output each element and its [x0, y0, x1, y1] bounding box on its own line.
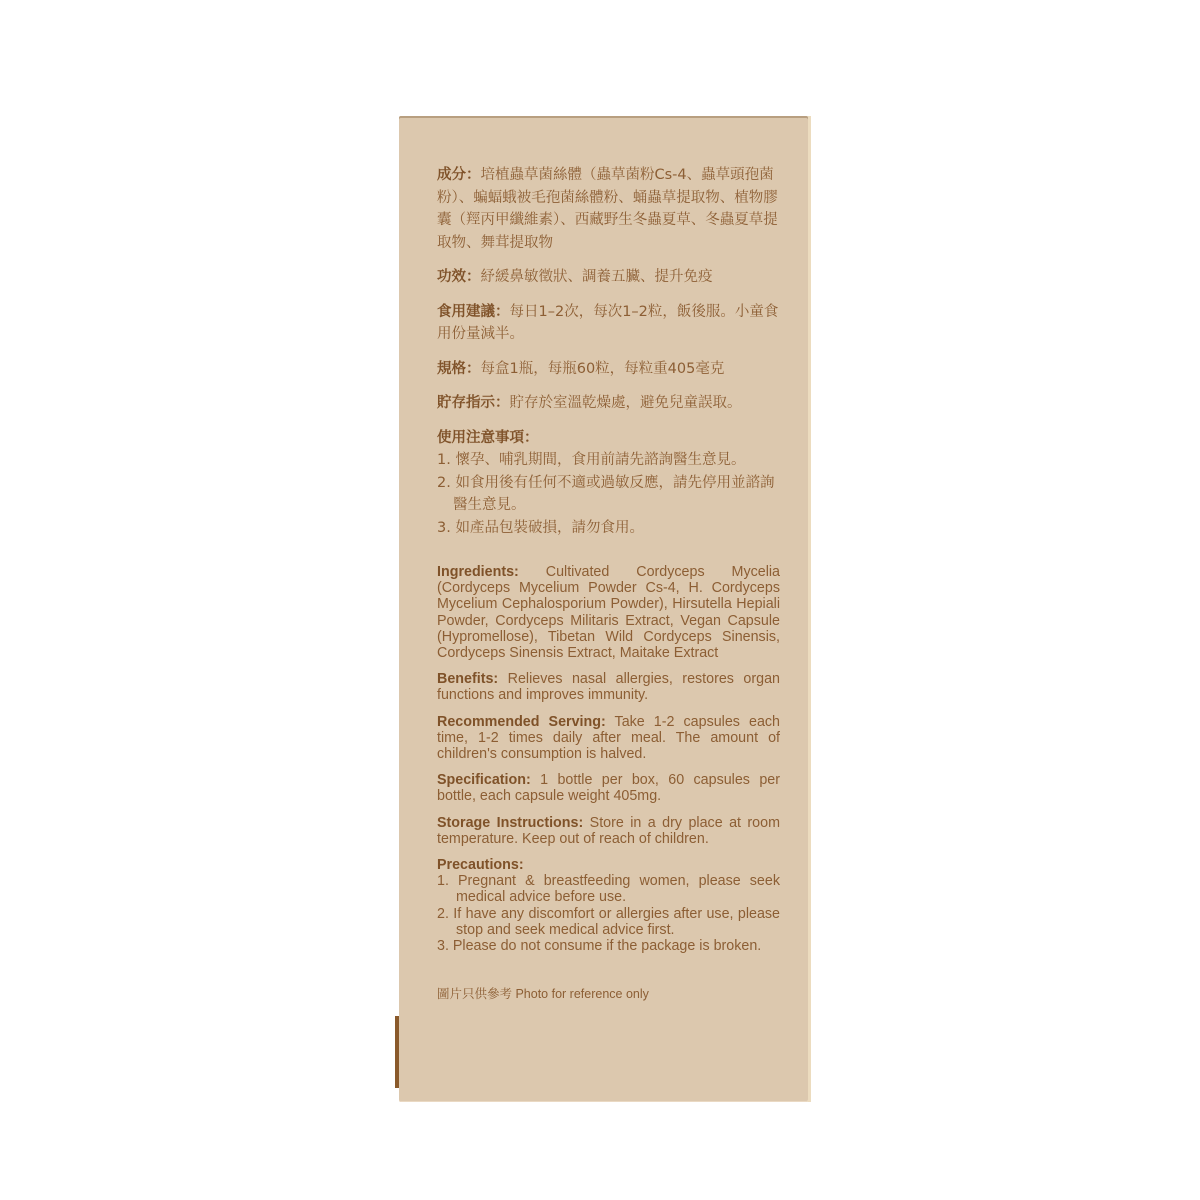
zh-benefits-label: 功效： [437, 269, 481, 285]
label-content: 成分：培植蟲草菌絲體（蟲草菌粉Cs-4、蟲草頭孢菌粉）、蝙蝠蛾被毛孢菌絲體粉、蛹… [437, 164, 780, 1002]
en-ingredients: Ingredients: Cultivated Cordyceps Myceli… [437, 564, 780, 661]
english-section: Ingredients: Cultivated Cordyceps Myceli… [437, 564, 780, 954]
zh-precautions-label: 使用注意事項： [437, 430, 539, 446]
zh-spec-label: 規格： [437, 361, 481, 377]
en-precaution-item: 2. If have any discomfort or allergies a… [437, 906, 780, 938]
en-storage: Storage Instructions: Store in a dry pla… [437, 815, 780, 847]
zh-ingredients-text: 培植蟲草菌絲體（蟲草菌粉Cs-4、蟲草頭孢菌粉）、蝙蝠蛾被毛孢菌絲體粉、蛹蟲草提… [437, 167, 778, 251]
zh-benefits: 功效：紓緩鼻敏徵狀、調養五臟、提升免疫 [437, 266, 780, 289]
en-precaution-item: 1. Pregnant & breastfeeding women, pleas… [437, 873, 780, 905]
zh-precaution-item: 3. 如產品包裝破損，請勿食用。 [437, 517, 780, 540]
en-specification: Specification: 1 bottle per box, 60 caps… [437, 772, 780, 804]
en-spec-label: Specification: [437, 772, 531, 788]
zh-specification: 規格：每盒1瓶，每瓶60粒，每粒重405毫克 [437, 358, 780, 381]
en-precautions-label: Precautions: [437, 857, 524, 873]
en-precautions: Precautions: 1. Pregnant & breastfeeding… [437, 857, 780, 954]
product-box-back-panel: 成分：培植蟲草菌絲體（蟲草菌粉Cs-4、蟲草頭孢菌粉）、蝙蝠蛾被毛孢菌絲體粉、蛹… [399, 116, 808, 1102]
en-serving: Recommended Serving: Take 1-2 capsules e… [437, 714, 780, 763]
en-precaution-item: 3. Please do not consume if the package … [437, 938, 780, 954]
zh-storage-label: 貯存指示： [437, 395, 510, 411]
en-serving-label: Recommended Serving: [437, 714, 606, 730]
zh-spec-text: 每盒1瓶，每瓶60粒，每粒重405毫克 [481, 361, 725, 377]
zh-precaution-item: 2. 如食用後有任何不適或過敏反應，請先停用並諮詢醫生意見。 [437, 472, 780, 517]
zh-serving: 食用建議：每日1–2次，每次1–2粒，飯後服。小童食用份量減半。 [437, 301, 780, 346]
en-storage-label: Storage Instructions: [437, 815, 583, 831]
zh-precaution-item: 1. 懷孕、哺乳期間，食用前請先諮詢醫生意見。 [437, 449, 780, 472]
photo-reference-note: 圖片只供參考 Photo for reference only [437, 984, 780, 1002]
en-benefits-label: Benefits: [437, 671, 498, 687]
zh-storage-text: 貯存於室溫乾燥處，避免兒童誤取。 [510, 395, 742, 411]
en-ingredients-label: Ingredients: [437, 564, 519, 580]
chinese-section: 成分：培植蟲草菌絲體（蟲草菌粉Cs-4、蟲草頭孢菌粉）、蝙蝠蛾被毛孢菌絲體粉、蛹… [437, 164, 780, 539]
en-benefits: Benefits: Relieves nasal allergies, rest… [437, 671, 780, 703]
zh-precautions: 使用注意事項： 1. 懷孕、哺乳期間，食用前請先諮詢醫生意見。 2. 如食用後有… [437, 427, 780, 540]
zh-storage: 貯存指示：貯存於室溫乾燥處，避免兒童誤取。 [437, 392, 780, 415]
zh-benefits-text: 紓緩鼻敏徵狀、調養五臟、提升免疫 [481, 269, 713, 285]
zh-ingredients: 成分：培植蟲草菌絲體（蟲草菌粉Cs-4、蟲草頭孢菌粉）、蝙蝠蛾被毛孢菌絲體粉、蛹… [437, 164, 780, 254]
zh-serving-label: 食用建議： [437, 304, 510, 320]
zh-ingredients-label: 成分： [437, 167, 481, 183]
